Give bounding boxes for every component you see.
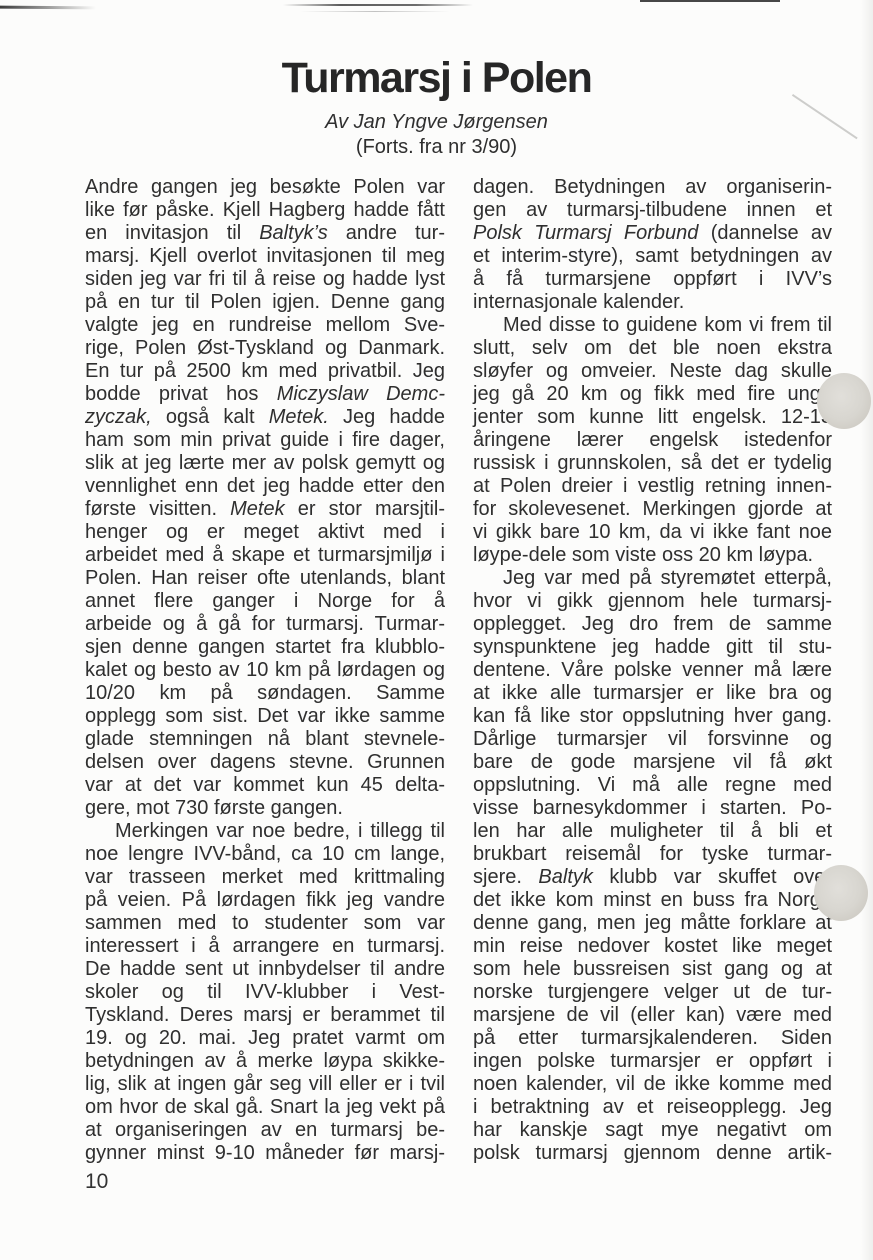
text-line: vi gikk bare 10 km, da vi ikke fant noe — [473, 521, 832, 544]
text-line: gere, mot 730 første gangen. — [85, 797, 445, 820]
text-line: en invitasjon til Baltyk’s andre tur- — [85, 222, 445, 245]
continuation-note: (Forts. fra nr 3/90) — [0, 136, 873, 158]
article-column-left: Andre gangen jeg besøkte Polen varlike f… — [85, 176, 445, 1165]
text-line: delsen over dagens stevne. Grunnen — [85, 751, 445, 774]
text-line: Med disse to guidene kom vi frem til — [473, 314, 832, 337]
scan-artifact-line — [640, 0, 780, 2]
text-line: betydningen av å merke løypa skikke- — [85, 1050, 445, 1073]
scan-artifact-line — [0, 6, 96, 10]
text-line: polsk turmarsj gjennom denne artik- — [473, 1142, 832, 1165]
text-line: var trasseen merket med krittmaling — [85, 866, 445, 889]
text-line: henger og er meget aktivt med i — [85, 521, 445, 544]
text-line: Polsk Turmarsj Forbund (dannelse av — [473, 222, 832, 245]
text-line: synspunktene jeg hadde gitt til stu- — [473, 636, 832, 659]
text-line: kalet og besto av 10 km på lørdagen og — [85, 659, 445, 682]
text-line: valgte jeg en rundreise mellom Sve- — [85, 314, 445, 337]
text-line: Dårlige turmarsjer vil forsvinne og — [473, 728, 832, 751]
text-line: zyczak, også kalt Metek. Jeg hadde — [85, 406, 445, 429]
text-line: i betraktning av et reiseopplegg. Jeg — [473, 1096, 832, 1119]
text-line: brukbart reisemål for tyske turmar- — [473, 843, 832, 866]
hole-punch-top — [817, 373, 871, 429]
text-line: hvor vi gikk gjennom hele turmarsj- — [473, 590, 832, 613]
text-line: bare de gode marsjene vil få økt — [473, 751, 832, 774]
article-header: Turmarsj i Polen Av Jan Yngve Jørgensen … — [0, 56, 873, 158]
text-line: lig, slik at ingen går seg vill eller er… — [85, 1073, 445, 1096]
text-line: dagen. Betydningen av organiserin- — [473, 176, 832, 199]
text-line: annet flere ganger i Norge for å — [85, 590, 445, 613]
text-line: på veien. På lørdagen fikk jeg vandre — [85, 889, 445, 912]
text-line: var at det var kommet kun 45 delta- — [85, 774, 445, 797]
hole-punch-bottom — [814, 865, 868, 921]
text-line: visse barnesykdommer i starten. Po- — [473, 797, 832, 820]
text-line: Merkingen var noe bedre, i tillegg til — [85, 820, 445, 843]
text-line: rige, Polen Øst-Tyskland og Danmark. — [85, 337, 445, 360]
article-byline: Av Jan Yngve Jørgensen — [0, 111, 873, 133]
text-line: sjere. Baltyk klubb var skuffet over — [473, 866, 832, 889]
text-line: En tur på 2500 km med privatbil. Jeg — [85, 360, 445, 383]
text-line: bodde privat hos Miczyslaw Demc- — [85, 383, 445, 406]
paper-edge-shadow — [861, 0, 873, 1260]
text-line: interessert i å arrangere en turmarsj. — [85, 935, 445, 958]
text-line: på en tur til Polen igjen. Denne gang — [85, 291, 445, 314]
text-line: gynner minst 9-10 måneder før marsj- — [85, 1142, 445, 1165]
text-line: Polen. Han reiser ofte utenlands, blant — [85, 567, 445, 590]
text-line: internasjonale kalender. — [473, 291, 832, 314]
text-line: at Polen dreier i vestlig retning innen- — [473, 475, 832, 498]
text-line: 10/20 km på søndagen. Samme — [85, 682, 445, 705]
text-line: opplegg som sist. Det var ikke samme — [85, 705, 445, 728]
text-line: russisk i grunnskolen, så det er tydelig — [473, 452, 832, 475]
text-line: arbeidet med å skape et turmarsjmiljø i — [85, 544, 445, 567]
text-line: jeg gå 20 km og fikk med fire unge — [473, 383, 832, 406]
text-line: jenter som kunne litt engelsk. 12-13 — [473, 406, 832, 429]
text-line: glade stemningen nå blant stevnele- — [85, 728, 445, 751]
page-number: 10 — [85, 1170, 108, 1194]
text-line: arbeide og å gå for turmarsj. Turmar- — [85, 613, 445, 636]
text-line: slutt, selv om det ble noen ekstra — [473, 337, 832, 360]
text-line: De hadde sent ut innbydelser til andre — [85, 958, 445, 981]
text-line: siden jeg var fri til å reise og hadde l… — [85, 268, 445, 291]
text-line: på etter turmarsjkalenderen. Siden — [473, 1027, 832, 1050]
text-line: sammen med to studenter som var — [85, 912, 445, 935]
text-line: sjen denne gangen startet fra klubblo- — [85, 636, 445, 659]
text-line: like før påske. Kjell Hagberg hadde fått — [85, 199, 445, 222]
text-line: det ikke kom minst en buss fra Norge — [473, 889, 832, 912]
text-line: for skolevesenet. Merkingen gjorde at — [473, 498, 832, 521]
text-line: oppslutning. Vi må alle regne med — [473, 774, 832, 797]
text-line: dentene. Våre polske venner må lære — [473, 659, 832, 682]
text-line: len har alle muligheter til å bli et — [473, 820, 832, 843]
text-line: Jeg var med på styremøtet etterpå, — [473, 567, 832, 590]
text-line: 19. og 20. mai. Jeg pratet varmt om — [85, 1027, 445, 1050]
text-line: ham som min privat guide i fire dager, — [85, 429, 445, 452]
text-line: har kanskje sagt mye negativt om — [473, 1119, 832, 1142]
text-line: min reise nedover kostet like meget — [473, 935, 832, 958]
text-line: slik at jeg lærte mer av polsk gemytt og — [85, 452, 445, 475]
text-line: noe lengre IVV-bånd, ca 10 cm lange, — [85, 843, 445, 866]
magazine-page: Turmarsj i Polen Av Jan Yngve Jørgensen … — [0, 0, 873, 1260]
text-line: om hvor de skal gå. Snart la jeg vekt på — [85, 1096, 445, 1119]
text-line: kan få like stor oppslutning hver gang. — [473, 705, 832, 728]
text-line: gen av turmarsj-tilbudene innen et — [473, 199, 832, 222]
text-line: at organiseringen av en turmarsj be- — [85, 1119, 445, 1142]
text-line: noen kalender, vil de ikke komme med — [473, 1073, 832, 1096]
text-line: som hele bussreisen sist gang og at — [473, 958, 832, 981]
text-line: ingen polske turmarsjer er oppført i — [473, 1050, 832, 1073]
text-line: norske turgjengere velger ut de tur- — [473, 981, 832, 1004]
text-line: et interim-styre), samt betydningen av — [473, 245, 832, 268]
text-line: denne gang, men jeg måtte forklare at — [473, 912, 832, 935]
text-line: Tyskland. Deres marsj er berammet til — [85, 1004, 445, 1027]
article-title: Turmarsj i Polen — [0, 56, 873, 100]
text-line: opplegget. Jeg dro frem de samme — [473, 613, 832, 636]
text-line: vennlighet enn det jeg hadde etter den — [85, 475, 445, 498]
text-line: marsjene de vil (eller kan) være med — [473, 1004, 832, 1027]
article-column-right: dagen. Betydningen av organiserin-gen av… — [473, 176, 832, 1165]
scan-artifact-line — [283, 4, 473, 6]
scan-artifact-line — [300, 11, 450, 12]
text-line: å få turmarsjene oppført i IVV’s — [473, 268, 832, 291]
text-line: løype-dele som viste oss 20 km løypa. — [473, 544, 832, 567]
text-line: første visitten. Metek er stor marsjtil- — [85, 498, 445, 521]
text-line: skoler og til IVV-klubber i Vest- — [85, 981, 445, 1004]
text-line: Andre gangen jeg besøkte Polen var — [85, 176, 445, 199]
text-line: at ikke alle turmarsjer er like bra og — [473, 682, 832, 705]
text-line: sløyfer og omveier. Neste dag skulle — [473, 360, 832, 383]
text-line: åringene lærer engelsk istedenfor — [473, 429, 832, 452]
text-line: marsj. Kjell overlot invitasjonen til me… — [85, 245, 445, 268]
